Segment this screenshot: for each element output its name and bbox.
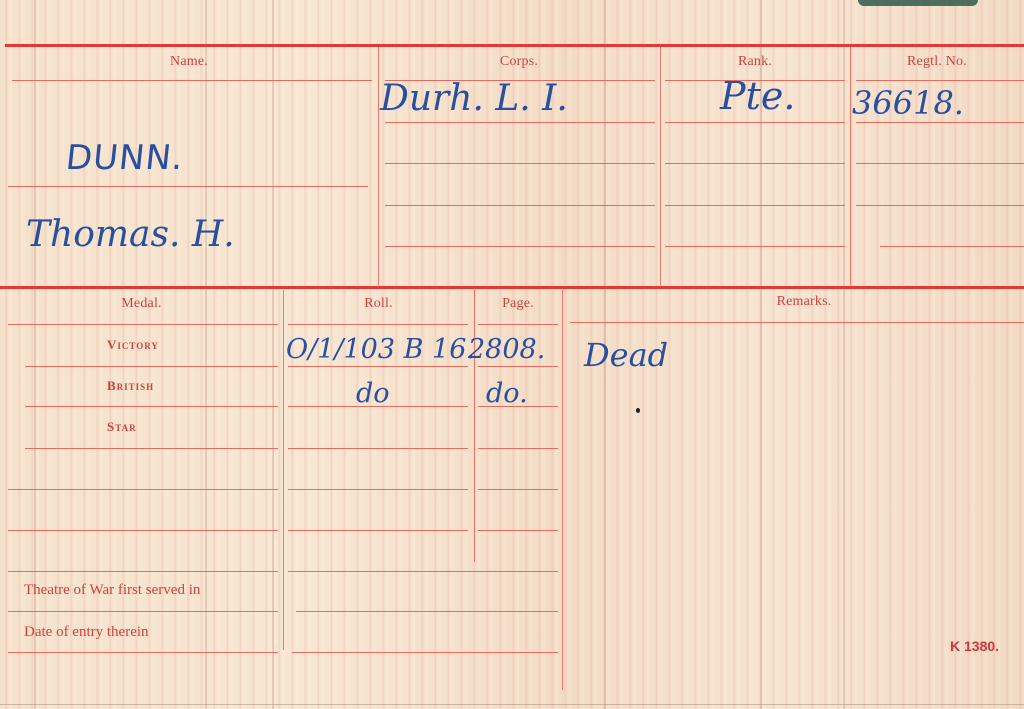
medal-label-british: British — [107, 378, 154, 394]
row-rule — [478, 324, 558, 325]
row-rule — [665, 163, 845, 164]
row-rule — [665, 246, 845, 247]
paper-fiber — [205, 0, 207, 709]
header-rank: Rank. — [660, 54, 850, 70]
row-rule — [288, 489, 468, 490]
row-rule — [665, 122, 845, 123]
card-edge-mark — [858, 0, 978, 6]
row-rule — [478, 530, 558, 531]
col-divider — [283, 290, 284, 650]
british-page-entry: do. — [486, 378, 528, 409]
row-rule — [856, 205, 1024, 206]
row-rule — [478, 448, 558, 449]
row-rule — [856, 122, 1024, 123]
row-rule — [25, 366, 278, 367]
bottom-edge — [0, 704, 1024, 705]
row-rule — [385, 163, 655, 164]
header-name: Name. — [0, 54, 378, 70]
row-rule — [292, 652, 558, 653]
paper-fiber — [843, 0, 845, 709]
victory-roll-entry: O/1/103 B 16. — [286, 334, 475, 365]
row-rule — [880, 246, 1024, 247]
col-divider — [850, 47, 851, 285]
medal-label-star: Star — [107, 419, 137, 435]
row-rule — [8, 324, 278, 325]
header-regtl-no: Regtl. No. — [850, 54, 1024, 70]
rank-entry: Pte. — [720, 74, 795, 118]
section-rule — [0, 286, 1024, 289]
paper-fiber — [34, 0, 36, 709]
row-rule — [8, 530, 278, 531]
form-number: K 1380. — [950, 638, 999, 654]
victory-page-entry: 2808. — [468, 334, 545, 365]
top-rule — [5, 44, 1024, 47]
col-divider — [562, 290, 563, 690]
col-divider — [378, 47, 379, 285]
col-divider — [660, 47, 661, 285]
row-rule — [856, 163, 1024, 164]
row-rule — [25, 406, 278, 407]
header-page: Page. — [474, 296, 562, 312]
row-rule — [856, 80, 1024, 81]
date-of-entry-label: Date of entry therein — [24, 624, 149, 641]
row-rule — [8, 571, 278, 572]
row-rule — [288, 530, 468, 531]
row-rule — [665, 205, 845, 206]
header-remarks: Remarks. — [562, 294, 1024, 310]
row-rule — [478, 489, 558, 490]
paper-fiber — [272, 0, 274, 709]
row-rule — [25, 448, 278, 449]
row-rule — [8, 186, 368, 187]
row-rule — [385, 122, 655, 123]
row-rule — [385, 246, 655, 247]
forenames-entry: Thomas. H. — [26, 214, 235, 255]
row-rule — [385, 205, 655, 206]
row-rule — [8, 611, 278, 612]
header-medal: Medal. — [0, 296, 283, 312]
remarks-entry: Dead — [584, 336, 668, 374]
header-roll: Roll. — [283, 296, 474, 312]
ink-dot — [636, 408, 640, 413]
medal-label-victory: Victory — [107, 337, 159, 353]
surname-entry: DUNN. — [64, 138, 186, 178]
british-roll-entry: do — [356, 378, 390, 409]
corps-entry: Durh. L. I. — [380, 78, 568, 119]
col-divider — [474, 290, 475, 562]
row-rule — [288, 366, 468, 367]
regtl-no-entry: 36618. — [852, 84, 964, 122]
row-rule — [8, 652, 278, 653]
medal-index-card: Name. Corps. Rank. Regtl. No. DUNN. Thom… — [0, 0, 1024, 709]
row-rule — [288, 324, 468, 325]
row-rule — [570, 322, 1024, 323]
row-rule — [296, 611, 558, 612]
row-rule — [12, 80, 372, 81]
row-rule — [478, 366, 558, 367]
row-rule — [8, 489, 278, 490]
row-rule — [288, 448, 468, 449]
row-rule — [288, 571, 558, 572]
header-corps: Corps. — [378, 54, 660, 70]
theatre-label: Theatre of War first served in — [24, 582, 200, 599]
